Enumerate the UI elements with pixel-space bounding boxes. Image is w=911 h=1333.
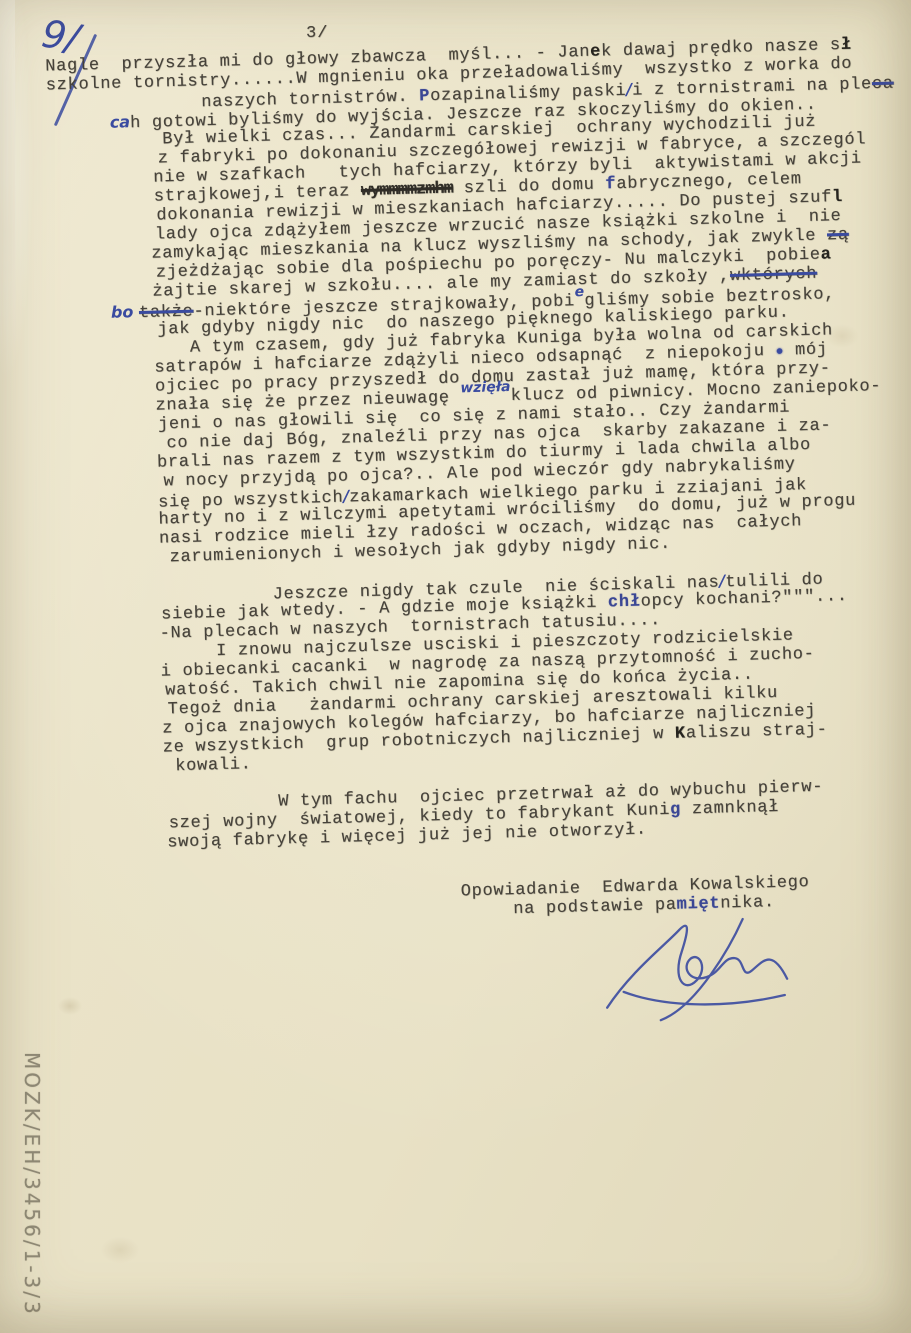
typescript-text: Nagle przyszła mi do głowy zbawcza myśl.… bbox=[40, 34, 911, 931]
handwritten-page-number: 9/ bbox=[39, 11, 82, 60]
archival-reference: MOZK/EH/3456/1-3/3 bbox=[20, 1052, 44, 1317]
typed-page-number: 3/ bbox=[306, 24, 328, 43]
signature-icon bbox=[593, 908, 803, 1037]
paper-scan-edge bbox=[0, 0, 15, 330]
document-page: 9/ 3/ Nagle przyszła mi do głowy zbawcza… bbox=[0, 0, 911, 1333]
